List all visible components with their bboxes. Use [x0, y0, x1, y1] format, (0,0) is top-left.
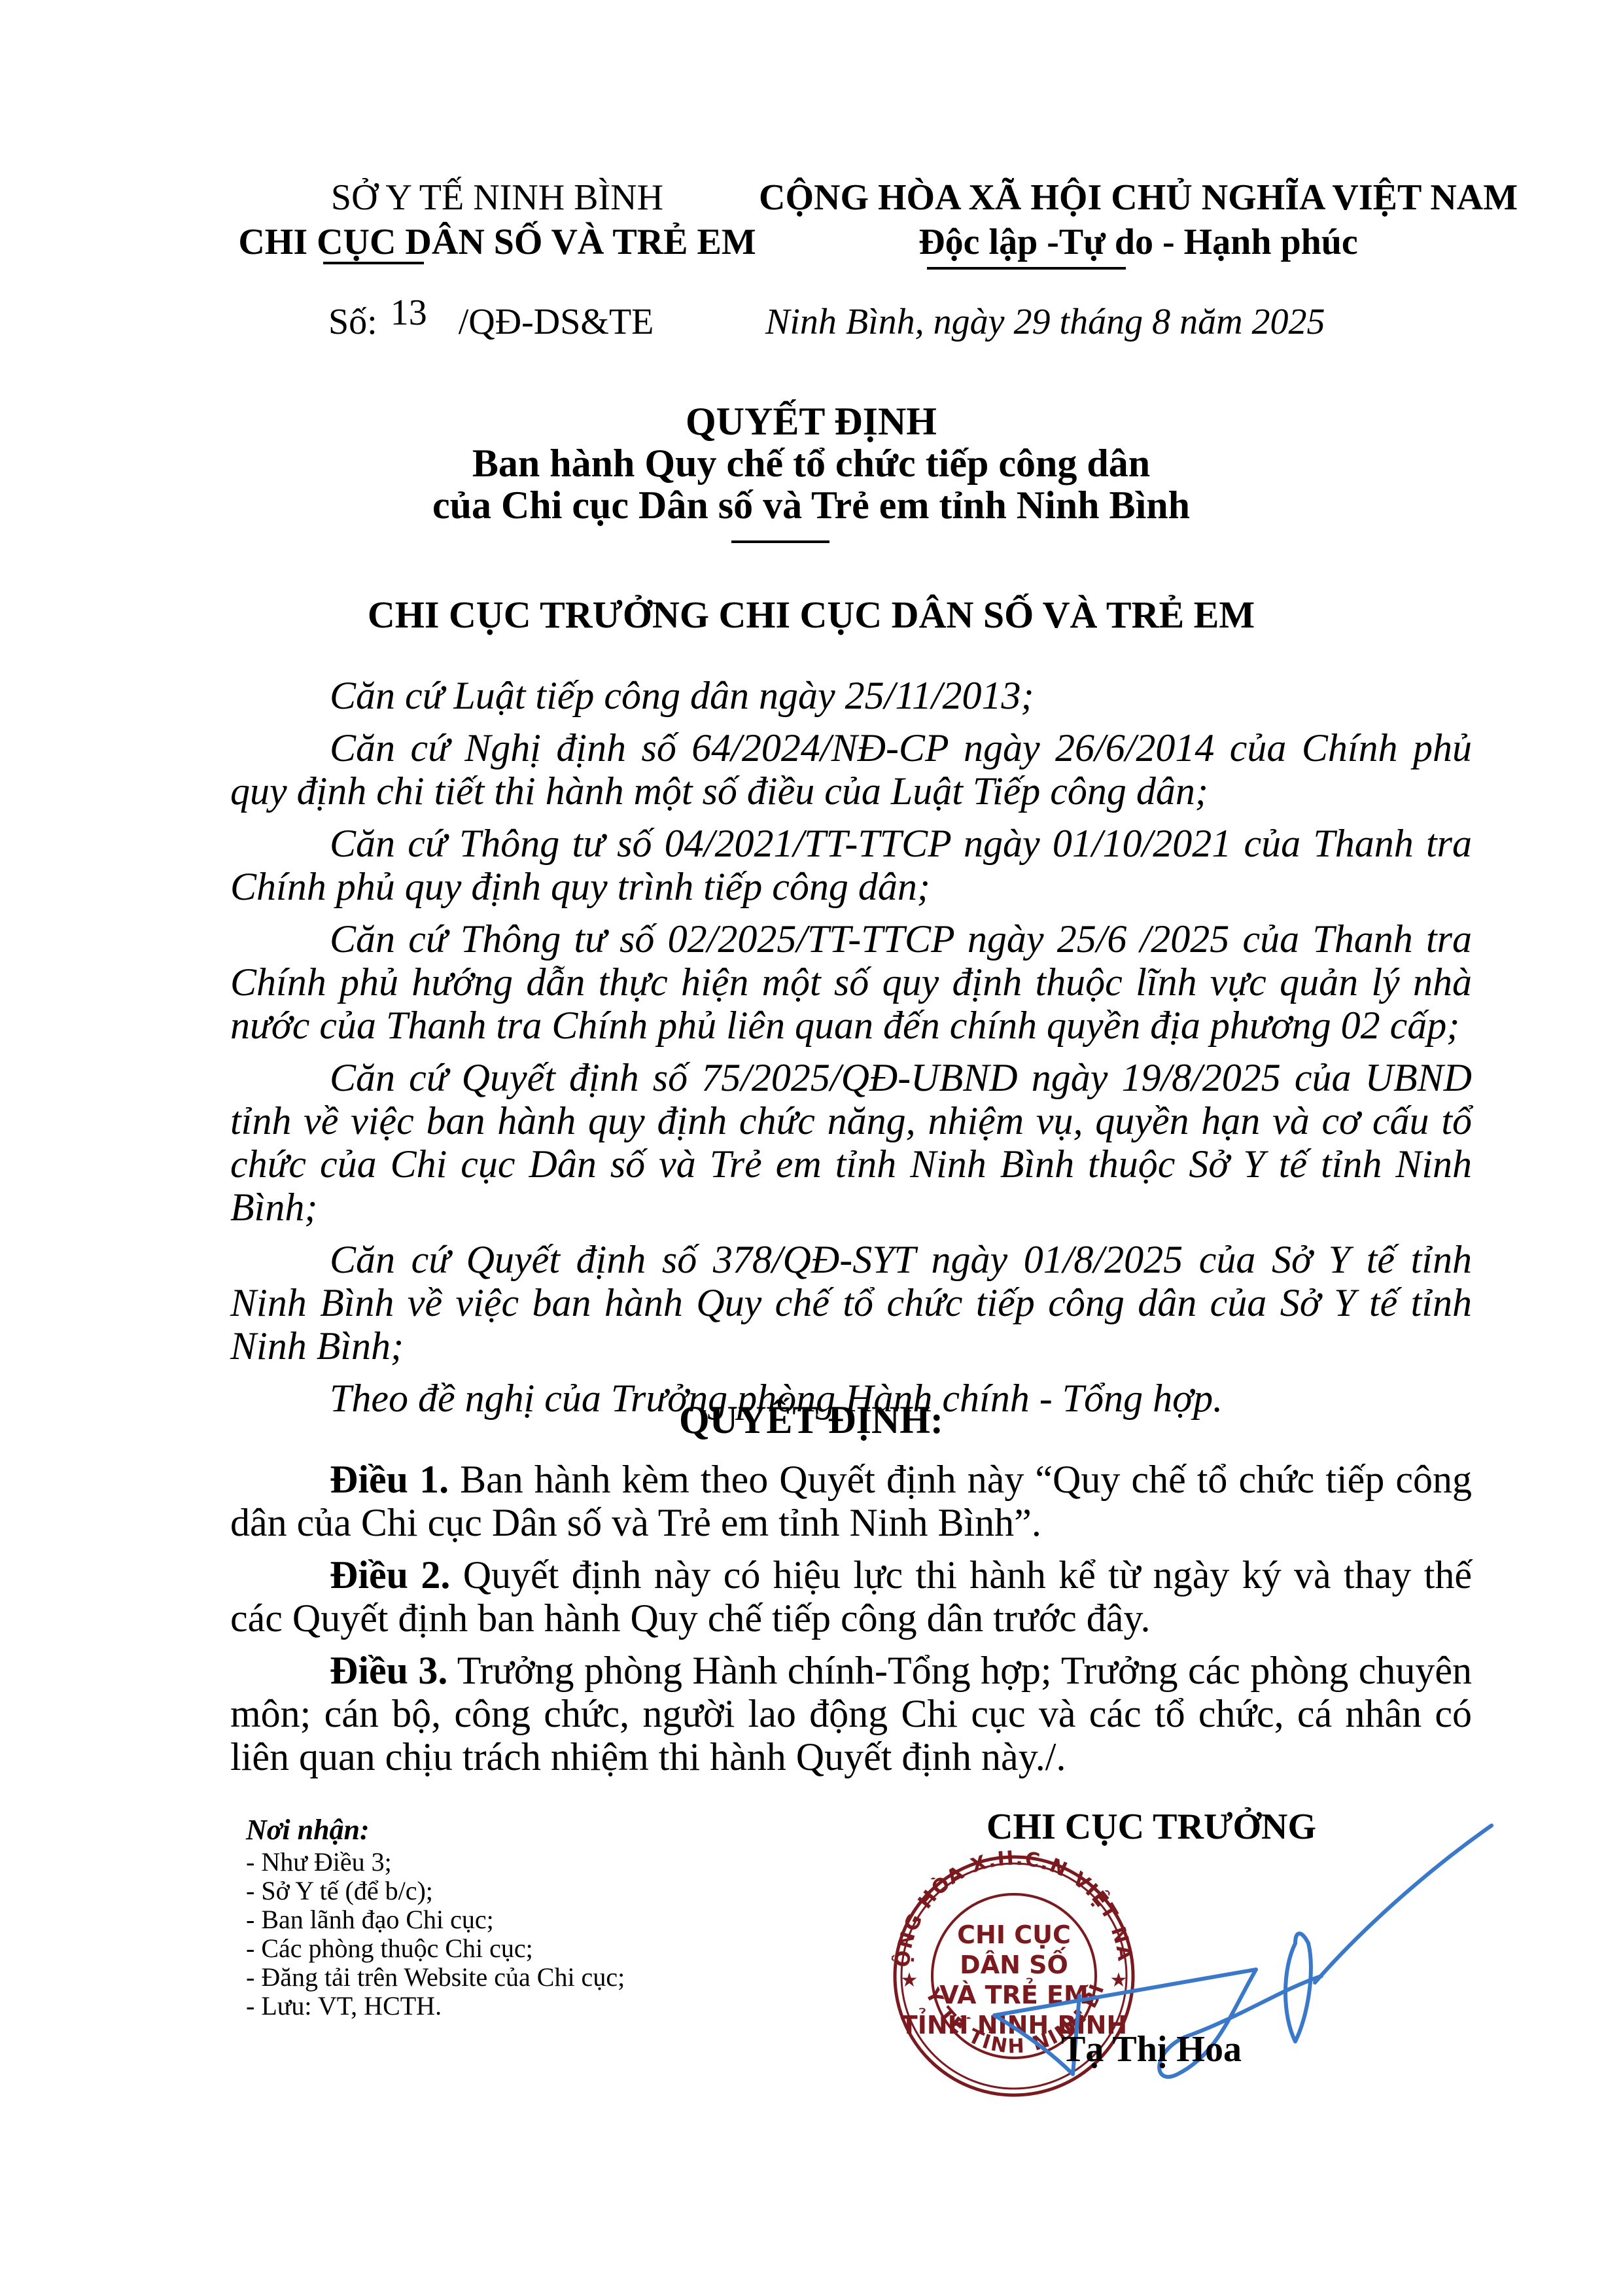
motto: Độc lập -Tự do - Hạnh phúc — [759, 220, 1518, 264]
title-underline — [731, 540, 829, 543]
number-suffix: /QĐ-DS&TE — [459, 302, 654, 342]
svg-text:★: ★ — [901, 1969, 918, 1992]
recipient-item: - Đăng tải trên Website của Chi cục; — [246, 1963, 625, 1992]
parent-agency: SỞ Y TẾ NINH BÌNH — [216, 175, 778, 220]
recipient-item: - Các phòng thuộc Chi cục; — [246, 1934, 625, 1963]
basis-3: Căn cứ Thông tư số 04/2021/TT-TTCP ngày … — [230, 822, 1472, 908]
agency-underline — [323, 262, 424, 264]
basis-6: Căn cứ Quyết định số 378/QĐ-SYT ngày 01/… — [230, 1238, 1472, 1368]
place-date: Ninh Bình, ngày 29 tháng 8 năm 2025 — [765, 300, 1325, 344]
article-1: Điều 1. Ban hành kèm theo Quyết định này… — [230, 1458, 1472, 1544]
svg-text:DÂN SỐ: DÂN SỐ — [960, 1947, 1068, 1979]
articles: Điều 1. Ban hành kèm theo Quyết định này… — [230, 1458, 1472, 1788]
document-title: QUYẾT ĐỊNH Ban hành Quy chế tổ chức tiếp… — [229, 400, 1393, 526]
article-2-label: Điều 2. — [330, 1553, 450, 1597]
article-2: Điều 2. Quyết định này có hiệu lực thi h… — [230, 1553, 1472, 1640]
signer-name: Tạ Thị Hoa — [916, 2028, 1387, 2070]
title-sub2: của Chi cục Dân số và Trẻ em tỉnh Ninh B… — [229, 484, 1393, 526]
article-1-label: Điều 1. — [330, 1458, 449, 1501]
recipient-item: - Sở Y tế (để b/c); — [246, 1877, 625, 1905]
svg-text:CHI CỤC: CHI CỤC — [957, 1920, 1071, 1949]
basis-5: Căn cứ Quyết định số 75/2025/QĐ-UBND ngà… — [230, 1056, 1472, 1229]
svg-text:★: ★ — [1110, 1969, 1128, 1992]
recipient-item: - Như Điều 3; — [246, 1848, 625, 1877]
basis-1: Căn cứ Luật tiếp công dân ngày 25/11/201… — [230, 674, 1472, 717]
title-sub1: Ban hành Quy chế tổ chức tiếp công dân — [229, 442, 1393, 484]
title-main: QUYẾT ĐỊNH — [229, 400, 1393, 442]
authority-heading: CHI CỤC TRƯỞNG CHI CỤC DÂN SỐ VÀ TRẺ EM — [229, 594, 1393, 636]
legal-bases: Căn cứ Luật tiếp công dân ngày 25/11/201… — [230, 674, 1472, 1429]
recipients-heading: Nơi nhận: — [246, 1812, 625, 1848]
recipient-item: - Ban lãnh đạo Chi cục; — [246, 1905, 625, 1934]
number-value: 13 — [391, 292, 427, 333]
stamp-and-signature: CỘNG HÒA X.H.C.N VIỆT NAM SỞ Y TẾ TỈNH N… — [864, 1819, 1505, 2120]
document-number: Số: 13 /QĐ-DS&TE — [328, 300, 654, 344]
basis-2: Căn cứ Nghị định số 64/2024/NĐ-CP ngày 2… — [230, 726, 1472, 813]
recipients-block: Nơi nhận: - Như Điều 3; - Sở Y tế (để b/… — [246, 1812, 625, 2021]
issuing-agency: CHI CỤC DÂN SỐ VÀ TRẺ EM — [216, 220, 778, 264]
national-header: CỘNG HÒA XÃ HỘI CHỦ NGHĨA VIỆT NAM Độc l… — [759, 175, 1518, 264]
recipient-item: - Lưu: VT, HCTH. — [246, 1992, 625, 2021]
decision-heading: QUYẾT ĐỊNH: — [229, 1399, 1393, 1441]
motto-underline — [927, 267, 1126, 270]
article-3-label: Điều 3. — [330, 1649, 447, 1692]
basis-4: Căn cứ Thông tư số 02/2025/TT-TTCP ngày … — [230, 917, 1472, 1047]
article-3: Điều 3. Trưởng phòng Hành chính-Tổng hợp… — [230, 1649, 1472, 1778]
agency-header: SỞ Y TẾ NINH BÌNH CHI CỤC DÂN SỐ VÀ TRẺ … — [216, 175, 778, 264]
country-name: CỘNG HÒA XÃ HỘI CHỦ NGHĨA VIỆT NAM — [759, 175, 1518, 220]
number-label: Số: — [328, 302, 377, 342]
